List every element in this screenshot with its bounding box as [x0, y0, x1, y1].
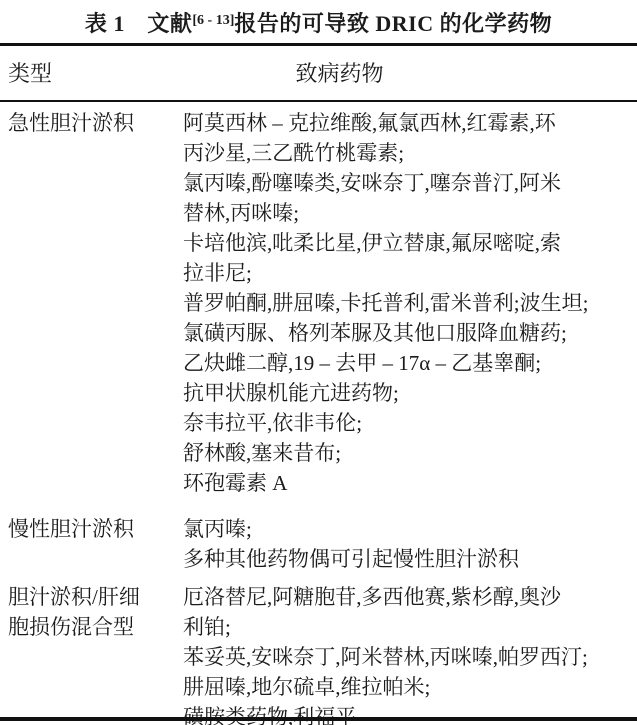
drug-line: 环孢霉素 A [183, 468, 637, 498]
row-drugs-cell: 阿莫西林 – 克拉维酸,氟氯西林,红霉素,环 丙沙星,三乙酰竹桃霉素; 氯丙嗪,… [183, 108, 637, 498]
row-type-label: 急性胆汁淤积 [8, 108, 160, 138]
citation-superscript: [6 - 13] [192, 13, 234, 28]
table-body: 急性胆汁淤积 阿莫西林 – 克拉维酸,氟氯西林,红霉素,环 丙沙星,三乙酰竹桃霉… [0, 102, 637, 725]
column-header-type: 类型 [8, 57, 160, 88]
drug-line: 阿莫西林 – 克拉维酸,氟氯西林,红霉素,环 [183, 108, 637, 138]
drug-line: 肼屈嗪,地尔硫卓,维拉帕米; [183, 672, 637, 702]
drug-line: 氯磺丙脲、格列苯脲及其他口服降血糖药; [183, 318, 637, 348]
row-type-label: 胆汁淤积/肝细胞损伤混合型 [8, 582, 160, 642]
row-drugs-cell: 厄洛替尼,阿糖胞苷,多西他赛,紫杉醇,奥沙 利铂; 苯妥英,安咪奈丁,阿米替林,… [183, 582, 637, 725]
table-title-prefix: 表 1 文献 [85, 11, 193, 36]
drug-line: 抗甲状腺机能亢进药物; [183, 378, 637, 408]
drug-line: 乙炔雌二醇,19 – 去甲 – 17α – 乙基睾酮; [183, 348, 637, 378]
row-type-label: 慢性胆汁淤积 [8, 514, 160, 544]
table-row-acute-cholestasis: 急性胆汁淤积 阿莫西林 – 克拉维酸,氟氯西林,红霉素,环 丙沙星,三乙酰竹桃霉… [8, 108, 637, 498]
drug-line: 多种其他药物偶可引起慢性胆汁淤积 [183, 544, 637, 574]
drug-line: 苯妥英,安咪奈丁,阿米替林,丙咪嗪,帕罗西汀; [183, 642, 637, 672]
drug-line: 卡培他滨,吡柔比星,伊立替康,氟尿嘧啶,索 [183, 228, 637, 258]
table-row-mixed-injury: 胆汁淤积/肝细胞损伤混合型 厄洛替尼,阿糖胞苷,多西他赛,紫杉醇,奥沙 利铂; … [8, 582, 637, 725]
drug-line: 拉非尼; [183, 258, 637, 288]
table-title: 表 1 文献[6 - 13]报告的可导致 DRIC 的化学药物 [0, 0, 637, 38]
drug-line: 氯丙嗪,酚噻嗪类,安咪奈丁,噻奈普汀,阿米 [183, 168, 637, 198]
drug-line: 普罗帕酮,肼屈嗪,卡托普利,雷米普利;波生坦; [183, 288, 637, 318]
table-page: 表 1 文献[6 - 13]报告的可导致 DRIC 的化学药物 类型 致病药物 … [0, 0, 637, 725]
drug-line: 丙沙星,三乙酰竹桃霉素; [183, 138, 637, 168]
column-header-drugs: 致病药物 [160, 57, 637, 88]
row-drugs-cell: 氯丙嗪; 多种其他药物偶可引起慢性胆汁淤积 [183, 514, 637, 574]
drug-line: 磺胺类药物,利福平 [183, 702, 637, 725]
drug-line: 厄洛替尼,阿糖胞苷,多西他赛,紫杉醇,奥沙 [183, 582, 637, 612]
drug-line: 替林,丙咪嗪; [183, 198, 637, 228]
drug-line: 利铂; [183, 612, 637, 642]
table-row-chronic-cholestasis: 慢性胆汁淤积 氯丙嗪; 多种其他药物偶可引起慢性胆汁淤积 [8, 514, 637, 574]
drug-line: 氯丙嗪; [183, 514, 637, 544]
table-title-suffix: 报告的可导致 DRIC 的化学药物 [234, 11, 552, 36]
bottom-rule [0, 717, 637, 721]
drug-line: 舒林酸,塞来昔布; [183, 438, 637, 468]
table-header-row: 类型 致病药物 [0, 46, 637, 100]
drug-line: 奈韦拉平,依非韦伦; [183, 408, 637, 438]
